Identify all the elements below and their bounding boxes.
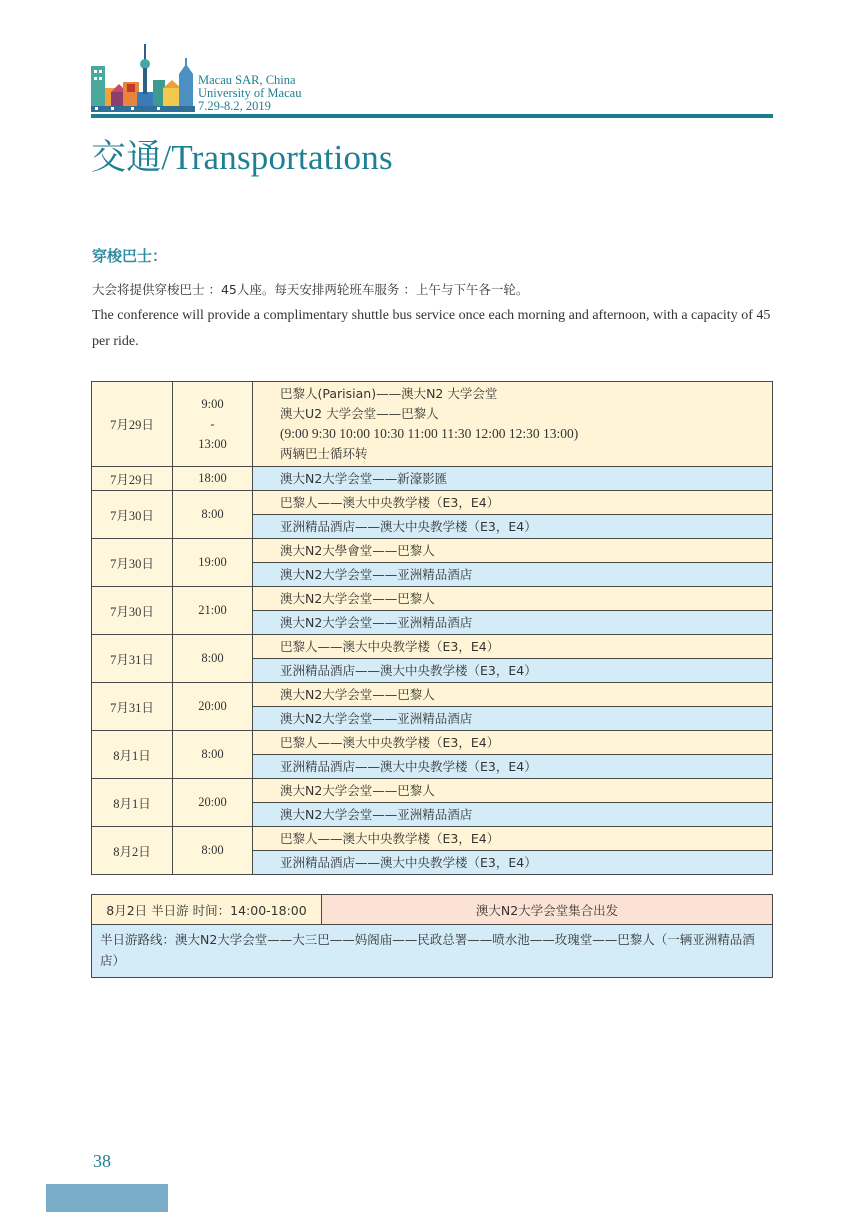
date-cell: 8月1日: [92, 779, 173, 827]
footer-bar: [46, 1184, 168, 1212]
time-cell: 21:00: [173, 587, 253, 635]
table-row: 7月29日 9:00 - 13:00 巴黎人(Parisian)——澳大N2 大…: [92, 382, 773, 467]
shuttle-schedule-table: 7月29日 9:00 - 13:00 巴黎人(Parisian)——澳大N2 大…: [91, 381, 773, 875]
time-cell: 8:00: [173, 731, 253, 779]
route-cell: 澳大N2大学会堂——亚洲精品酒店: [253, 707, 773, 731]
table-row: 8月1日 8:00 巴黎人——澳大中央教学楼（E3，E4）: [92, 731, 773, 755]
intro-text-chinese: 大会将提供穿梭巴士 ：45人座。每天安排两轮班车服务 ：上午与下午各一轮。: [92, 280, 528, 298]
table-row: 8月2日 半日游 时间：14:00-18:00 澳大N2大学会堂集合出发: [92, 895, 773, 925]
time-cell: 9:00 - 13:00: [173, 382, 253, 467]
route-cell: 亚洲精品酒店——澳大中央教学楼（E3，E4）: [253, 659, 773, 683]
table-row: 7月31日 20:00 澳大N2大学会堂——巴黎人: [92, 683, 773, 707]
route-cell: 亚洲精品酒店——澳大中央教学楼（E3，E4）: [253, 755, 773, 779]
route-cell: 澳大N2大学会堂——巴黎人: [253, 587, 773, 611]
route-cell: 巴黎人——澳大中央教学楼（E3，E4）: [253, 827, 773, 851]
tour-meeting-point: 澳大N2大学会堂集合出发: [322, 895, 773, 925]
date-cell: 7月29日: [92, 382, 173, 467]
table-row: 7月30日 8:00 巴黎人——澳大中央教学楼（E3，E4）: [92, 491, 773, 515]
time-cell: 20:00: [173, 779, 253, 827]
conference-dates: 7.29-8.2, 2019: [198, 100, 301, 113]
route-cell: 澳大N2大学会堂——亚洲精品酒店: [253, 803, 773, 827]
table-row: 8月2日 8:00 巴黎人——澳大中央教学楼（E3，E4）: [92, 827, 773, 851]
table-row: 7月30日 19:00 澳大N2大學會堂——巴黎人: [92, 539, 773, 563]
date-cell: 7月29日: [92, 467, 173, 491]
route-cell: 澳大N2大学会堂——亚洲精品酒店: [253, 563, 773, 587]
route-cell: 巴黎人(Parisian)——澳大N2 大学会堂 澳大U2 大学会堂——巴黎人 …: [253, 382, 773, 467]
table-row: 7月30日 21:00 澳大N2大学会堂——巴黎人: [92, 587, 773, 611]
macau-skyline-icon: [91, 40, 201, 118]
time-cell: 8:00: [173, 635, 253, 683]
tour-route: 半日游路线：澳大N2大学会堂——大三巴——妈阁庙——民政总署——喷水池——玫瑰堂…: [92, 925, 773, 978]
route-note: 两辆巴士循环转: [280, 444, 772, 464]
time-end: 13:00: [173, 434, 252, 454]
date-cell: 8月1日: [92, 731, 173, 779]
header-divider: [91, 114, 773, 118]
table-row: 7月31日 8:00 巴黎人——澳大中央教学楼（E3，E4）: [92, 635, 773, 659]
route-cell: 澳大N2大学会堂——巴黎人: [253, 779, 773, 803]
intro-text-english: The conference will provide a compliment…: [92, 303, 772, 355]
route-line: 巴黎人(Parisian)——澳大N2 大学会堂: [280, 384, 772, 404]
route-cell: 澳大N2大学会堂——新濠影匯: [253, 467, 773, 491]
time-cell: 19:00: [173, 539, 253, 587]
table-row: 8月1日 20:00 澳大N2大学会堂——巴黎人: [92, 779, 773, 803]
date-cell: 7月31日: [92, 635, 173, 683]
conference-info: Macau SAR, China University of Macau 7.2…: [198, 74, 301, 113]
tour-date-time: 8月2日 半日游 时间：14:00-18:00: [92, 895, 322, 925]
route-cell: 亚洲精品酒店——澳大中央教学楼（E3，E4）: [253, 851, 773, 875]
route-cell: 澳大N2大学会堂——亚洲精品酒店: [253, 611, 773, 635]
route-cell: 巴黎人——澳大中央教学楼（E3，E4）: [253, 635, 773, 659]
date-cell: 8月2日: [92, 827, 173, 875]
section-heading: 穿梭巴士：: [92, 245, 167, 266]
route-cell: 澳大N2大学会堂——巴黎人: [253, 683, 773, 707]
route-cell: 巴黎人——澳大中央教学楼（E3，E4）: [253, 491, 773, 515]
table-row: 7月29日 18:00 澳大N2大学会堂——新濠影匯: [92, 467, 773, 491]
route-cell: 巴黎人——澳大中央教学楼（E3，E4）: [253, 731, 773, 755]
route-times: (9:00 9:30 10:00 10:30 11:00 11:30 12:00…: [280, 424, 772, 444]
route-cell: 亚洲精品酒店——澳大中央教学楼（E3，E4）: [253, 515, 773, 539]
time-cell: 18:00: [173, 467, 253, 491]
time-separator: -: [173, 414, 252, 434]
date-cell: 7月30日: [92, 587, 173, 635]
time-start: 9:00: [173, 394, 252, 414]
time-cell: 20:00: [173, 683, 253, 731]
page-title: 交通/Transportations: [91, 130, 393, 180]
time-cell: 8:00: [173, 491, 253, 539]
table-row: 半日游路线：澳大N2大学会堂——大三巴——妈阁庙——民政总署——喷水池——玫瑰堂…: [92, 925, 773, 978]
date-cell: 7月30日: [92, 539, 173, 587]
date-cell: 7月31日: [92, 683, 173, 731]
half-day-tour-table: 8月2日 半日游 时间：14:00-18:00 澳大N2大学会堂集合出发 半日游…: [91, 894, 773, 978]
route-cell: 澳大N2大學會堂——巴黎人: [253, 539, 773, 563]
time-cell: 8:00: [173, 827, 253, 875]
route-line: 澳大U2 大学会堂——巴黎人: [280, 404, 772, 424]
page-number: 38: [93, 1151, 111, 1172]
date-cell: 7月30日: [92, 491, 173, 539]
